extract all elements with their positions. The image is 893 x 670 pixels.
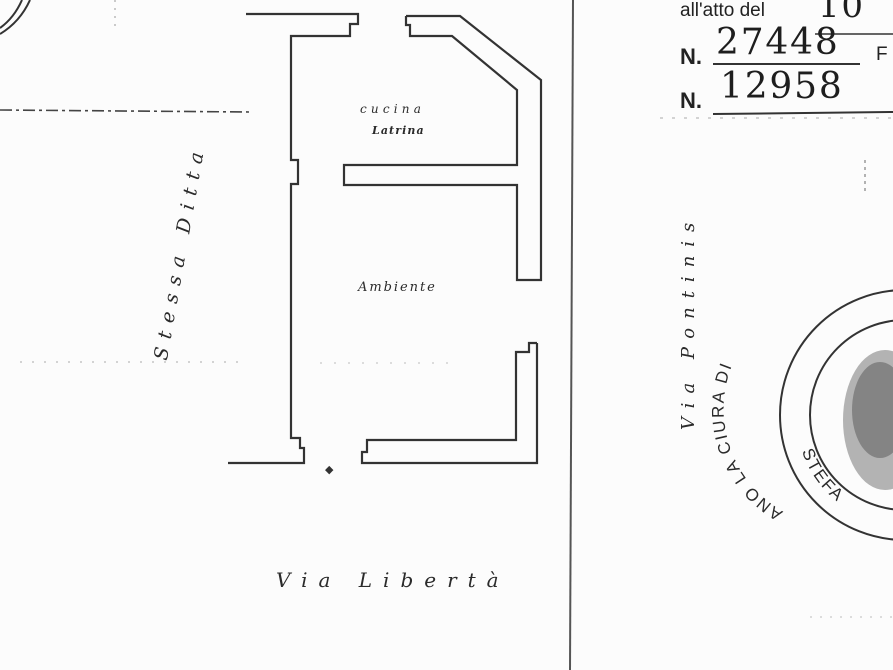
boundary-line-left: [0, 110, 250, 112]
svg-text:STEFA: STEFA: [798, 446, 848, 506]
entrance-marker-icon: ◆: [325, 463, 334, 476]
official-seal-icon: ANO LA CIURA DI STEFA: [709, 290, 893, 540]
stamp-number-2: 12958: [720, 66, 844, 107]
room-label-latrina: Latrina: [372, 124, 425, 137]
corner-seal-fragment-icon: [0, 0, 30, 34]
room-label-ambiente: Ambiente: [358, 280, 437, 295]
document-sheet: ◆ ANO LA CIURA DI STEFA cucina Latrina A…: [0, 0, 893, 670]
street-label-via-liberta: Via Libertà: [276, 568, 510, 592]
stamp-suffix-f: F: [876, 44, 888, 66]
stamp-number-1: 27448: [716, 22, 840, 63]
stamp-prefix-text: all'atto del: [680, 0, 765, 22]
street-label-via-pontinis: Via Pontinis: [678, 214, 699, 430]
walls: [228, 14, 541, 463]
room-label-cucina: cucina: [360, 102, 425, 116]
sheet-divider-line: [570, 0, 573, 670]
svg-text:ANO LA CIURA DI: ANO LA CIURA DI: [709, 359, 786, 524]
stamp-number-label-1: N.: [680, 44, 702, 70]
stamp-number-label-2: N.: [680, 88, 702, 114]
